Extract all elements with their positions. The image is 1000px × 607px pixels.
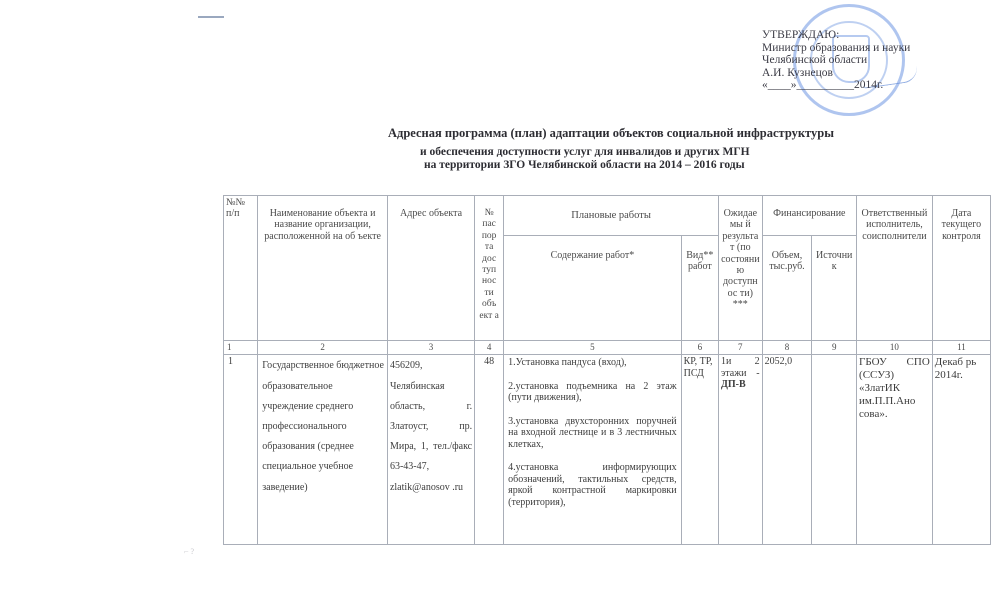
row-volume: 2052,0 bbox=[762, 355, 812, 545]
col-number: 6 bbox=[681, 341, 718, 355]
work-item: 1.Установка пандуса (вход), bbox=[508, 357, 676, 369]
approval-signatory: А.И. Кузнецов bbox=[762, 67, 910, 80]
header-expected-result: Ожидаемы й результат (по состоянию досту… bbox=[719, 196, 763, 341]
col-number: 4 bbox=[475, 341, 504, 355]
document-title: Адресная программа (план) адаптации объе… bbox=[388, 126, 834, 141]
result-floors-num: 2 bbox=[755, 356, 760, 367]
col-number: 5 bbox=[504, 341, 681, 355]
result-floors-word: этажи bbox=[721, 368, 746, 379]
header-planned-works: Плановые работы bbox=[504, 196, 719, 236]
scan-artifact: ⌐ ? bbox=[184, 547, 194, 556]
approval-date: «____»__________2014г. bbox=[762, 79, 910, 92]
col-number: 3 bbox=[387, 341, 474, 355]
work-item: 4.установка информирующих обозначений, т… bbox=[508, 462, 676, 508]
row-expected-result: 1и2 этажи- ДП-В bbox=[719, 355, 763, 545]
col-number: 7 bbox=[719, 341, 763, 355]
row-source bbox=[812, 355, 857, 545]
header-works-content: Содержание работ* bbox=[504, 236, 681, 341]
approval-region: Челябинской области bbox=[762, 54, 910, 67]
result-code: ДП-В bbox=[721, 379, 760, 390]
col-number: 9 bbox=[812, 341, 857, 355]
approval-block: УТВЕРЖДАЮ: Министр образования и науки Ч… bbox=[762, 29, 910, 92]
work-item: 2.установка подъемника на 2 этаж (пути д… bbox=[508, 381, 676, 404]
header-num: №№ п/п bbox=[224, 196, 258, 341]
approval-heading: УТВЕРЖДАЮ: bbox=[762, 29, 910, 42]
column-number-row: 1 2 3 4 5 6 7 8 9 10 11 bbox=[224, 341, 991, 355]
col-number: 11 bbox=[932, 341, 990, 355]
header-control-date: Дата текущего контроля bbox=[932, 196, 990, 341]
header-source: Источни к bbox=[812, 236, 857, 341]
row-passport-number: 48 bbox=[475, 355, 504, 545]
header-volume: Объем, тыс.руб. bbox=[762, 236, 812, 341]
col-number: 2 bbox=[258, 341, 388, 355]
header-row-1: №№ п/п Наименование объекта и название о… bbox=[224, 196, 991, 236]
table-row: 1 Государственное бюджетное образователь… bbox=[224, 355, 991, 545]
row-control-date: Декаб рь 2014г. bbox=[932, 355, 990, 545]
approval-position: Министр образования и науки bbox=[762, 42, 910, 55]
header-name: Наименование объекта и название организа… bbox=[258, 196, 388, 341]
row-address: 456209, Челябинская область, г. Златоуст… bbox=[387, 355, 474, 545]
row-object-name: Государственное бюджетное образовательно… bbox=[258, 355, 388, 545]
row-works-type: КР, ТР, ПСД bbox=[681, 355, 718, 545]
header-financing: Финансирование bbox=[762, 196, 856, 236]
col-number: 10 bbox=[857, 341, 933, 355]
header-works-type: Вид** работ bbox=[681, 236, 718, 341]
document-subtitle-territory: на территории ЗГО Челябинской области на… bbox=[424, 159, 745, 171]
result-dash: - bbox=[756, 368, 759, 379]
row-num: 1 bbox=[224, 355, 258, 545]
header-address: Адрес объекта bbox=[387, 196, 474, 341]
header-passport: № пас пор та дос туп нос ти объ ект а bbox=[475, 196, 504, 341]
scan-mark bbox=[198, 16, 224, 18]
col-number: 8 bbox=[762, 341, 812, 355]
adaptation-plan-table: №№ п/п Наименование объекта и название о… bbox=[223, 195, 991, 545]
header-responsible: Ответственный исполнитель, соисполнители bbox=[857, 196, 933, 341]
col-number: 1 bbox=[224, 341, 258, 355]
work-item: 3.установка двухсторонних поручней на вх… bbox=[508, 416, 676, 451]
document-subtitle: и обеспечения доступности услуг для инва… bbox=[420, 146, 750, 158]
row-responsible: ГБОУ СПО (ССУЗ) «ЗлатИК им.П.П.Ано сова»… bbox=[857, 355, 933, 545]
result-floors: 1и bbox=[721, 356, 731, 367]
row-works-content: 1.Установка пандуса (вход), 2.установка … bbox=[504, 355, 681, 545]
